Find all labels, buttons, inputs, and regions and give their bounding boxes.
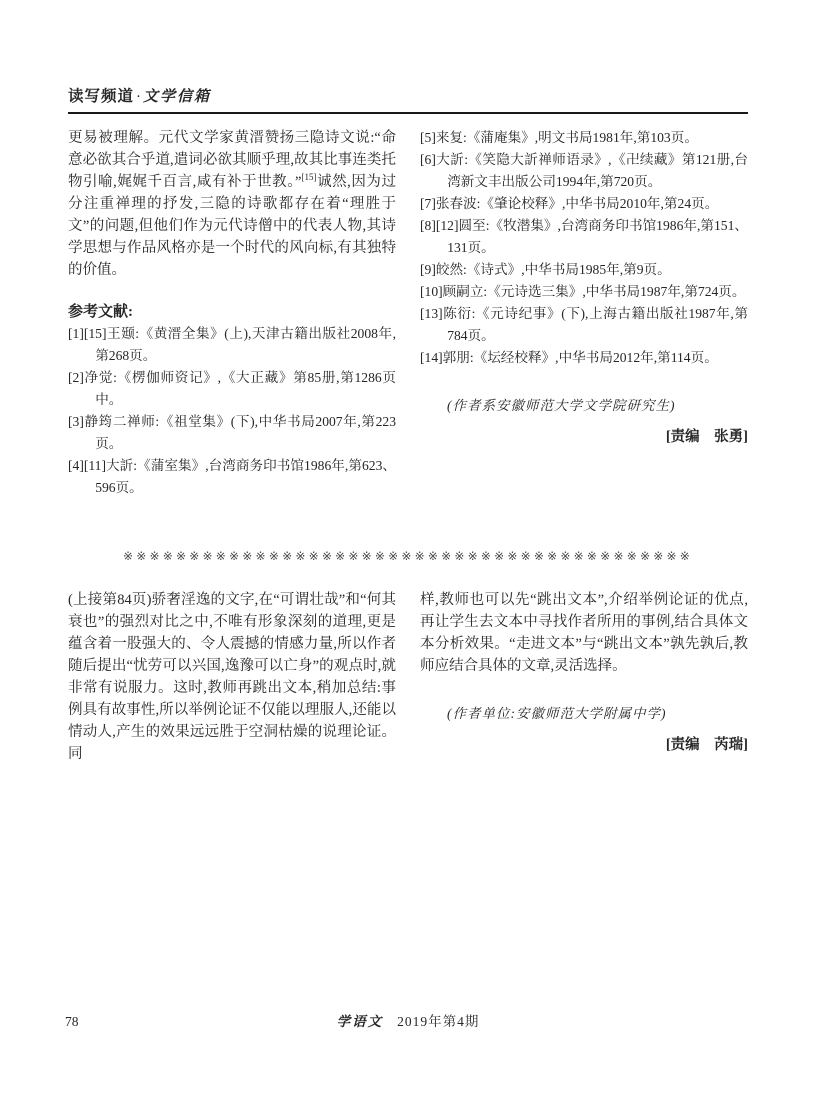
citation-superscript: [15] <box>302 172 317 182</box>
article2-paragraph-col2: 样,教师也可以先“跳出文本”,介绍举例论证的优点,再让学生去文本中寻找作者所用的… <box>420 589 748 677</box>
article2-columns: (上接第84页)骄奢淫逸的文字,在“可谓壮哉”和“何其衰也”的强烈对比之中,不唯… <box>68 589 748 765</box>
article1-editor-note: [责编 张勇] <box>420 426 748 448</box>
reference-item: [13]陈衍:《元诗纪事》(下),上海古籍出版社1987年,第784页。 <box>420 303 748 347</box>
issue-label: 2019年第4期 <box>397 1014 479 1029</box>
references-list-right: [5]来复:《蒲庵集》,明文书局1981年,第103页。[6]大訢:《笑隐大訢禅… <box>420 127 748 369</box>
section-divider-ornament: ※※※※※※※※※※※※※※※※※※※※※※※※※※※※※※※※※※※※※※※※… <box>68 547 748 565</box>
article2-editor-note: [责编 芮瑞] <box>420 734 748 756</box>
article1-left-column: 更易被理解。元代文学家黄溍赞扬三隐诗文说:“命意必欲其合乎道,遣词必欲其顺乎理,… <box>68 127 396 499</box>
journal-page: { "header": { "section_title": "读写频道", "… <box>0 0 816 1099</box>
footer-journal-line: 学语文2019年第4期 <box>0 1010 816 1034</box>
journal-name: 学语文 <box>337 1014 384 1029</box>
reference-item: [5]来复:《蒲庵集》,明文书局1981年,第103页。 <box>420 127 748 149</box>
section-title: 读写频道 <box>68 84 134 106</box>
reference-item: [9]皎然:《诗式》,中华书局1985年,第9页。 <box>420 259 748 281</box>
article1-paragraph: 更易被理解。元代文学家黄溍赞扬三隐诗文说:“命意必欲其合乎道,遣词必欲其顺乎理,… <box>68 127 396 281</box>
reference-item: [14]郭朋:《坛经校释》,中华书局2012年,第114页。 <box>420 347 748 369</box>
article1-columns: 更易被理解。元代文学家黄溍赞扬三隐诗文说:“命意必欲其合乎道,遣词必欲其顺乎理,… <box>68 127 748 499</box>
column-title: 文学信箱 <box>143 85 211 106</box>
article1-author-note: (作者系安徽师范大学文学院研究生) <box>420 395 748 417</box>
reference-item: [1][15]王颋:《黄溍全集》(上),天津古籍出版社2008年,第268页。 <box>68 323 396 367</box>
article2-right-column: 样,教师也可以先“跳出文本”,介绍举例论证的优点,再让学生去文本中寻找作者所用的… <box>420 589 748 765</box>
references-list-left: [1][15]王颋:《黄溍全集》(上),天津古籍出版社2008年,第268页。[… <box>68 323 396 499</box>
page-header: 读写频道 · 文学信箱 <box>68 84 748 114</box>
article1-right-column: [5]来复:《蒲庵集》,明文书局1981年,第103页。[6]大訢:《笑隐大訢禅… <box>420 127 748 499</box>
article2-author-note: (作者单位:安徽师范大学附属中学) <box>420 703 748 725</box>
page-content: 读写频道 · 文学信箱 更易被理解。元代文学家黄溍赞扬三隐诗文说:“命意必欲其合… <box>68 84 748 765</box>
references-heading: 参考文献: <box>68 301 396 323</box>
reference-item: [6]大訢:《笑隐大訢禅师语录》,《卍续藏》第121册,台湾新文丰出版公司199… <box>420 149 748 193</box>
header-title-row: 读写频道 · 文学信箱 <box>68 84 748 106</box>
reference-item: [10]顾嗣立:《元诗选三集》,中华书局1987年,第724页。 <box>420 281 748 303</box>
reference-item: [7]张春波:《肇论校释》,中华书局2010年,第24页。 <box>420 193 748 215</box>
article2-paragraph-col1: (上接第84页)骄奢淫逸的文字,在“可谓壮哉”和“何其衰也”的强烈对比之中,不唯… <box>68 589 396 765</box>
reference-item: [2]净觉:《楞伽师资记》,《大正藏》第85册,第1286页中。 <box>68 367 396 411</box>
header-dot-separator: · <box>136 89 141 106</box>
reference-item: [3]静筠二禅师:《祖堂集》(下),中华书局2007年,第223页。 <box>68 411 396 455</box>
page-footer: 78 学语文2019年第4期 <box>0 1010 816 1034</box>
article2-left-column: (上接第84页)骄奢淫逸的文字,在“可谓壮哉”和“何其衰也”的强烈对比之中,不唯… <box>68 589 396 765</box>
reference-item: [4][11]大訢:《蒲室集》,台湾商务印书馆1986年,第623、596页。 <box>68 455 396 499</box>
header-rule <box>68 112 748 114</box>
reference-item: [8][12]圆至:《牧潜集》,台湾商务印书馆1986年,第151、131页。 <box>420 215 748 259</box>
